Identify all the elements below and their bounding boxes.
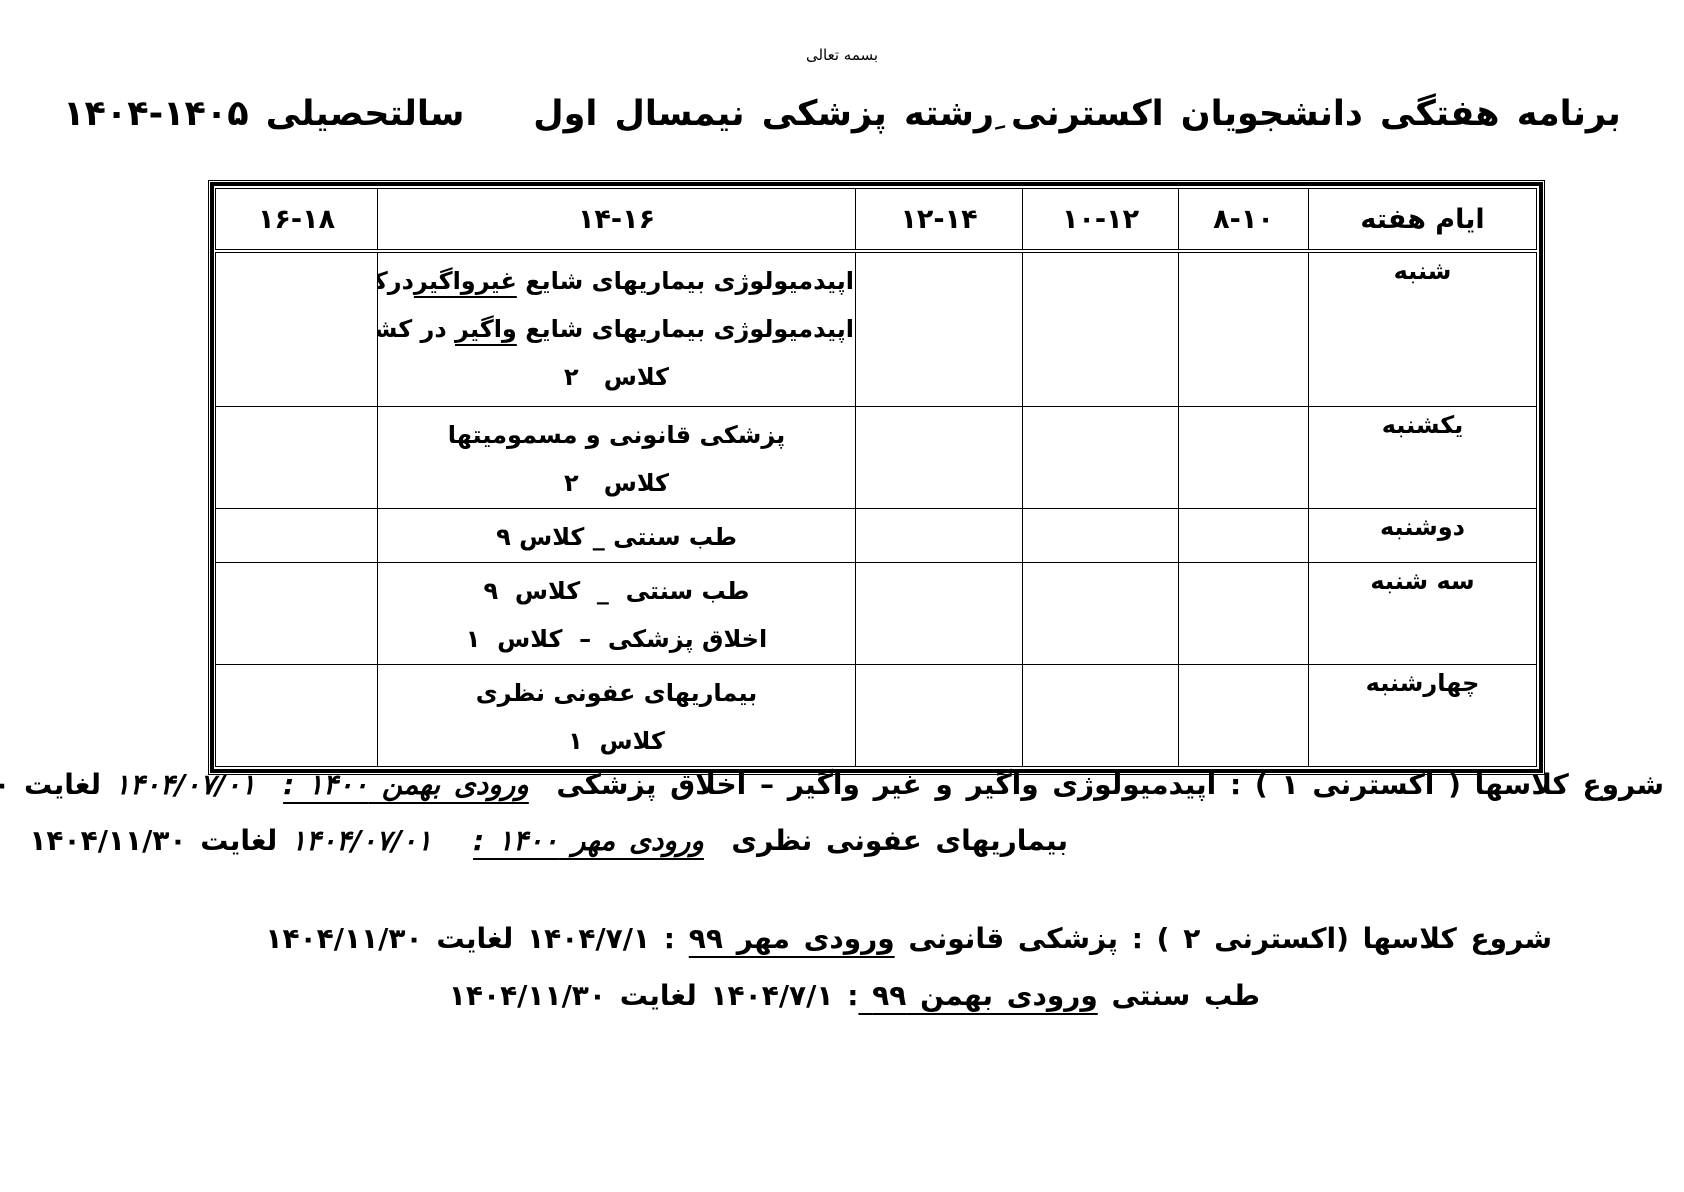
cell-saturday-14-16: اپیدمیولوژی بیماریهای شایع غیرواگیردرکشو… [378,251,856,407]
day-label-sunday: یکشنبه [1309,407,1537,509]
day-label-monday: دوشنبه [1309,509,1537,563]
header-8-10: ۸-۱۰ [1179,189,1309,252]
cell-saturday-12-14 [856,251,1023,407]
course-epidemiology-communicable: اپیدمیولوژی بیماریهای شایع واگیر در کشور [379,305,854,353]
table-row-saturday: شنبه اپیدمیولوژی بیماریهای شایع غیرواگیر… [216,251,1537,407]
cell-saturday-16-18 [216,251,378,407]
cell-monday-16-18 [216,509,378,563]
course-traditional-medicine: طب سنتی _ کلاس ۹ [379,513,854,561]
classroom-label: کلاس ۱ [379,717,854,765]
cell-monday-10-12 [1023,509,1179,563]
start-date: ۱۴۰۴/۰۷/۰۱ [115,768,256,801]
table-row-monday: دوشنبه طب سنتی _ کلاس ۹ [216,509,1537,563]
day-label-tuesday: سه شنبه [1309,563,1537,665]
weekly-schedule-table-wrapper: ایام هفته ۸-۱۰ ۱۰-۱۲ ۱۲-۱۴ ۱۴-۱۶ ۱۶-۱۸ ش… [210,182,1543,773]
page-title: برنامه هفتگی دانشجویان اکسترنی ِرشته پزش… [0,94,1684,134]
header-16-18: ۱۶-۱۸ [216,189,378,252]
start-date: ۱۴۰۴/۰۷/۰۱ [291,824,432,857]
table-row-tuesday: سه شنبه طب سنتی _ کلاس ۹ اخلاق پزشکی – ک… [216,563,1537,665]
time-range-14-16: ۱۴-۱۶ [578,204,655,235]
header-days: ایام هفته [1309,189,1537,252]
cell-tuesday-14-16: طب سنتی _ کلاس ۹ اخلاق پزشکی – کلاس ۱ [378,563,856,665]
cell-wednesday-14-16: بیماریهای عفونی نظری کلاس ۱ [378,665,856,767]
day-label-wednesday: چهارشنبه [1309,665,1537,767]
end-date: لغایت ۱۴۰۴/۱۱/۳۰ [0,768,115,801]
table-row-wednesday: چهارشنبه بیماریهای عفونی نظری کلاس ۱ [216,665,1537,767]
cell-wednesday-8-10 [1179,665,1309,767]
cell-monday-12-14 [856,509,1023,563]
time-range-16-18: ۱۶-۱۸ [258,204,335,235]
course-medical-ethics: اخلاق پزشکی – کلاس ۱ [379,615,854,663]
cell-saturday-10-12 [1023,251,1179,407]
weekly-schedule-table: ایام هفته ۸-۱۰ ۱۰-۱۲ ۱۲-۱۴ ۱۴-۱۶ ۱۶-۱۸ ش… [215,188,1537,767]
day-label-saturday: شنبه [1309,251,1537,407]
classroom-label: کلاس ۲ [379,353,854,401]
classroom-label: کلاس ۲ [379,459,854,507]
cell-sunday-16-18 [216,407,378,509]
cell-saturday-8-10 [1179,251,1309,407]
cell-wednesday-16-18 [216,665,378,767]
note-infectious-start-dates: بیماریهای عفونی نظری ورودی مهر ۱۴۰۰ : ۱۴… [29,824,1068,857]
document-page: بسمه تعالی برنامه هفتگی دانشجویان اکسترن… [0,0,1684,1192]
entry-cohort-bahman-1400: ورودی بهمن ۱۴۰۰ : [283,768,529,801]
entry-cohort-mehr-99: ورودی مهر ۹۹ [689,922,895,955]
header-10-12: ۱۰-۱۲ [1023,189,1179,252]
end-date: لغایت ۱۴۰۴/۱۱/۳۰ [29,824,291,857]
time-range-12-14: ۱۲-۱۴ [900,204,977,235]
course-epidemiology-noncommunicable: اپیدمیولوژی بیماریهای شایع غیرواگیردرکشو… [379,257,854,305]
cell-wednesday-12-14 [856,665,1023,767]
header-14-16: ۱۴-۱۶ [378,189,856,252]
course-forensic-medicine: پزشکی قانونی و مسمومیتها [379,411,854,459]
note-traditional-medicine-dates: طب سنتی ورودی بهمن ۹۹ : ۱۴۰۴/۷/۱ لغایت ۱… [449,979,1260,1012]
cell-sunday-10-12 [1023,407,1179,509]
cell-tuesday-16-18 [216,563,378,665]
cell-monday-8-10 [1179,509,1309,563]
time-range-8-10: ۸-۱۰ [1213,204,1274,235]
cell-sunday-8-10 [1179,407,1309,509]
cell-sunday-14-16: پزشکی قانونی و مسمومیتها کلاس ۲ [378,407,856,509]
header-12-14: ۱۲-۱۴ [856,189,1023,252]
note-extern2-start-dates: شروع کلاسها (اکسترنی ۲ ) : پزشکی قانونی … [265,922,1552,955]
cell-wednesday-10-12 [1023,665,1179,767]
entry-cohort-mehr-1400: ورودی مهر ۱۴۰۰ : [473,824,704,857]
cell-tuesday-8-10 [1179,563,1309,665]
time-range-10-12: ۱۰-۱۲ [1062,204,1139,235]
entry-cohort-bahman-99: ورودی بهمن ۹۹ [858,979,1097,1012]
course-infectious-diseases: بیماریهای عفونی نظری [379,669,854,717]
cell-tuesday-10-12 [1023,563,1179,665]
table-row-sunday: یکشنبه پزشکی قانونی و مسمومیتها کلاس ۲ [216,407,1537,509]
header-row: ایام هفته ۸-۱۰ ۱۰-۱۲ ۱۲-۱۴ ۱۴-۱۶ ۱۶-۱۸ [216,189,1537,252]
cell-sunday-12-14 [856,407,1023,509]
course-traditional-medicine: طب سنتی _ کلاس ۹ [379,567,854,615]
cell-tuesday-12-14 [856,563,1023,665]
basmala-text: بسمه تعالی [0,46,1684,64]
note-extern1-start-dates: شروع کلاسها ( اکسترنی ۱ ) : اپیدمیولوژی … [0,768,1664,801]
cell-monday-14-16: طب سنتی _ کلاس ۹ [378,509,856,563]
